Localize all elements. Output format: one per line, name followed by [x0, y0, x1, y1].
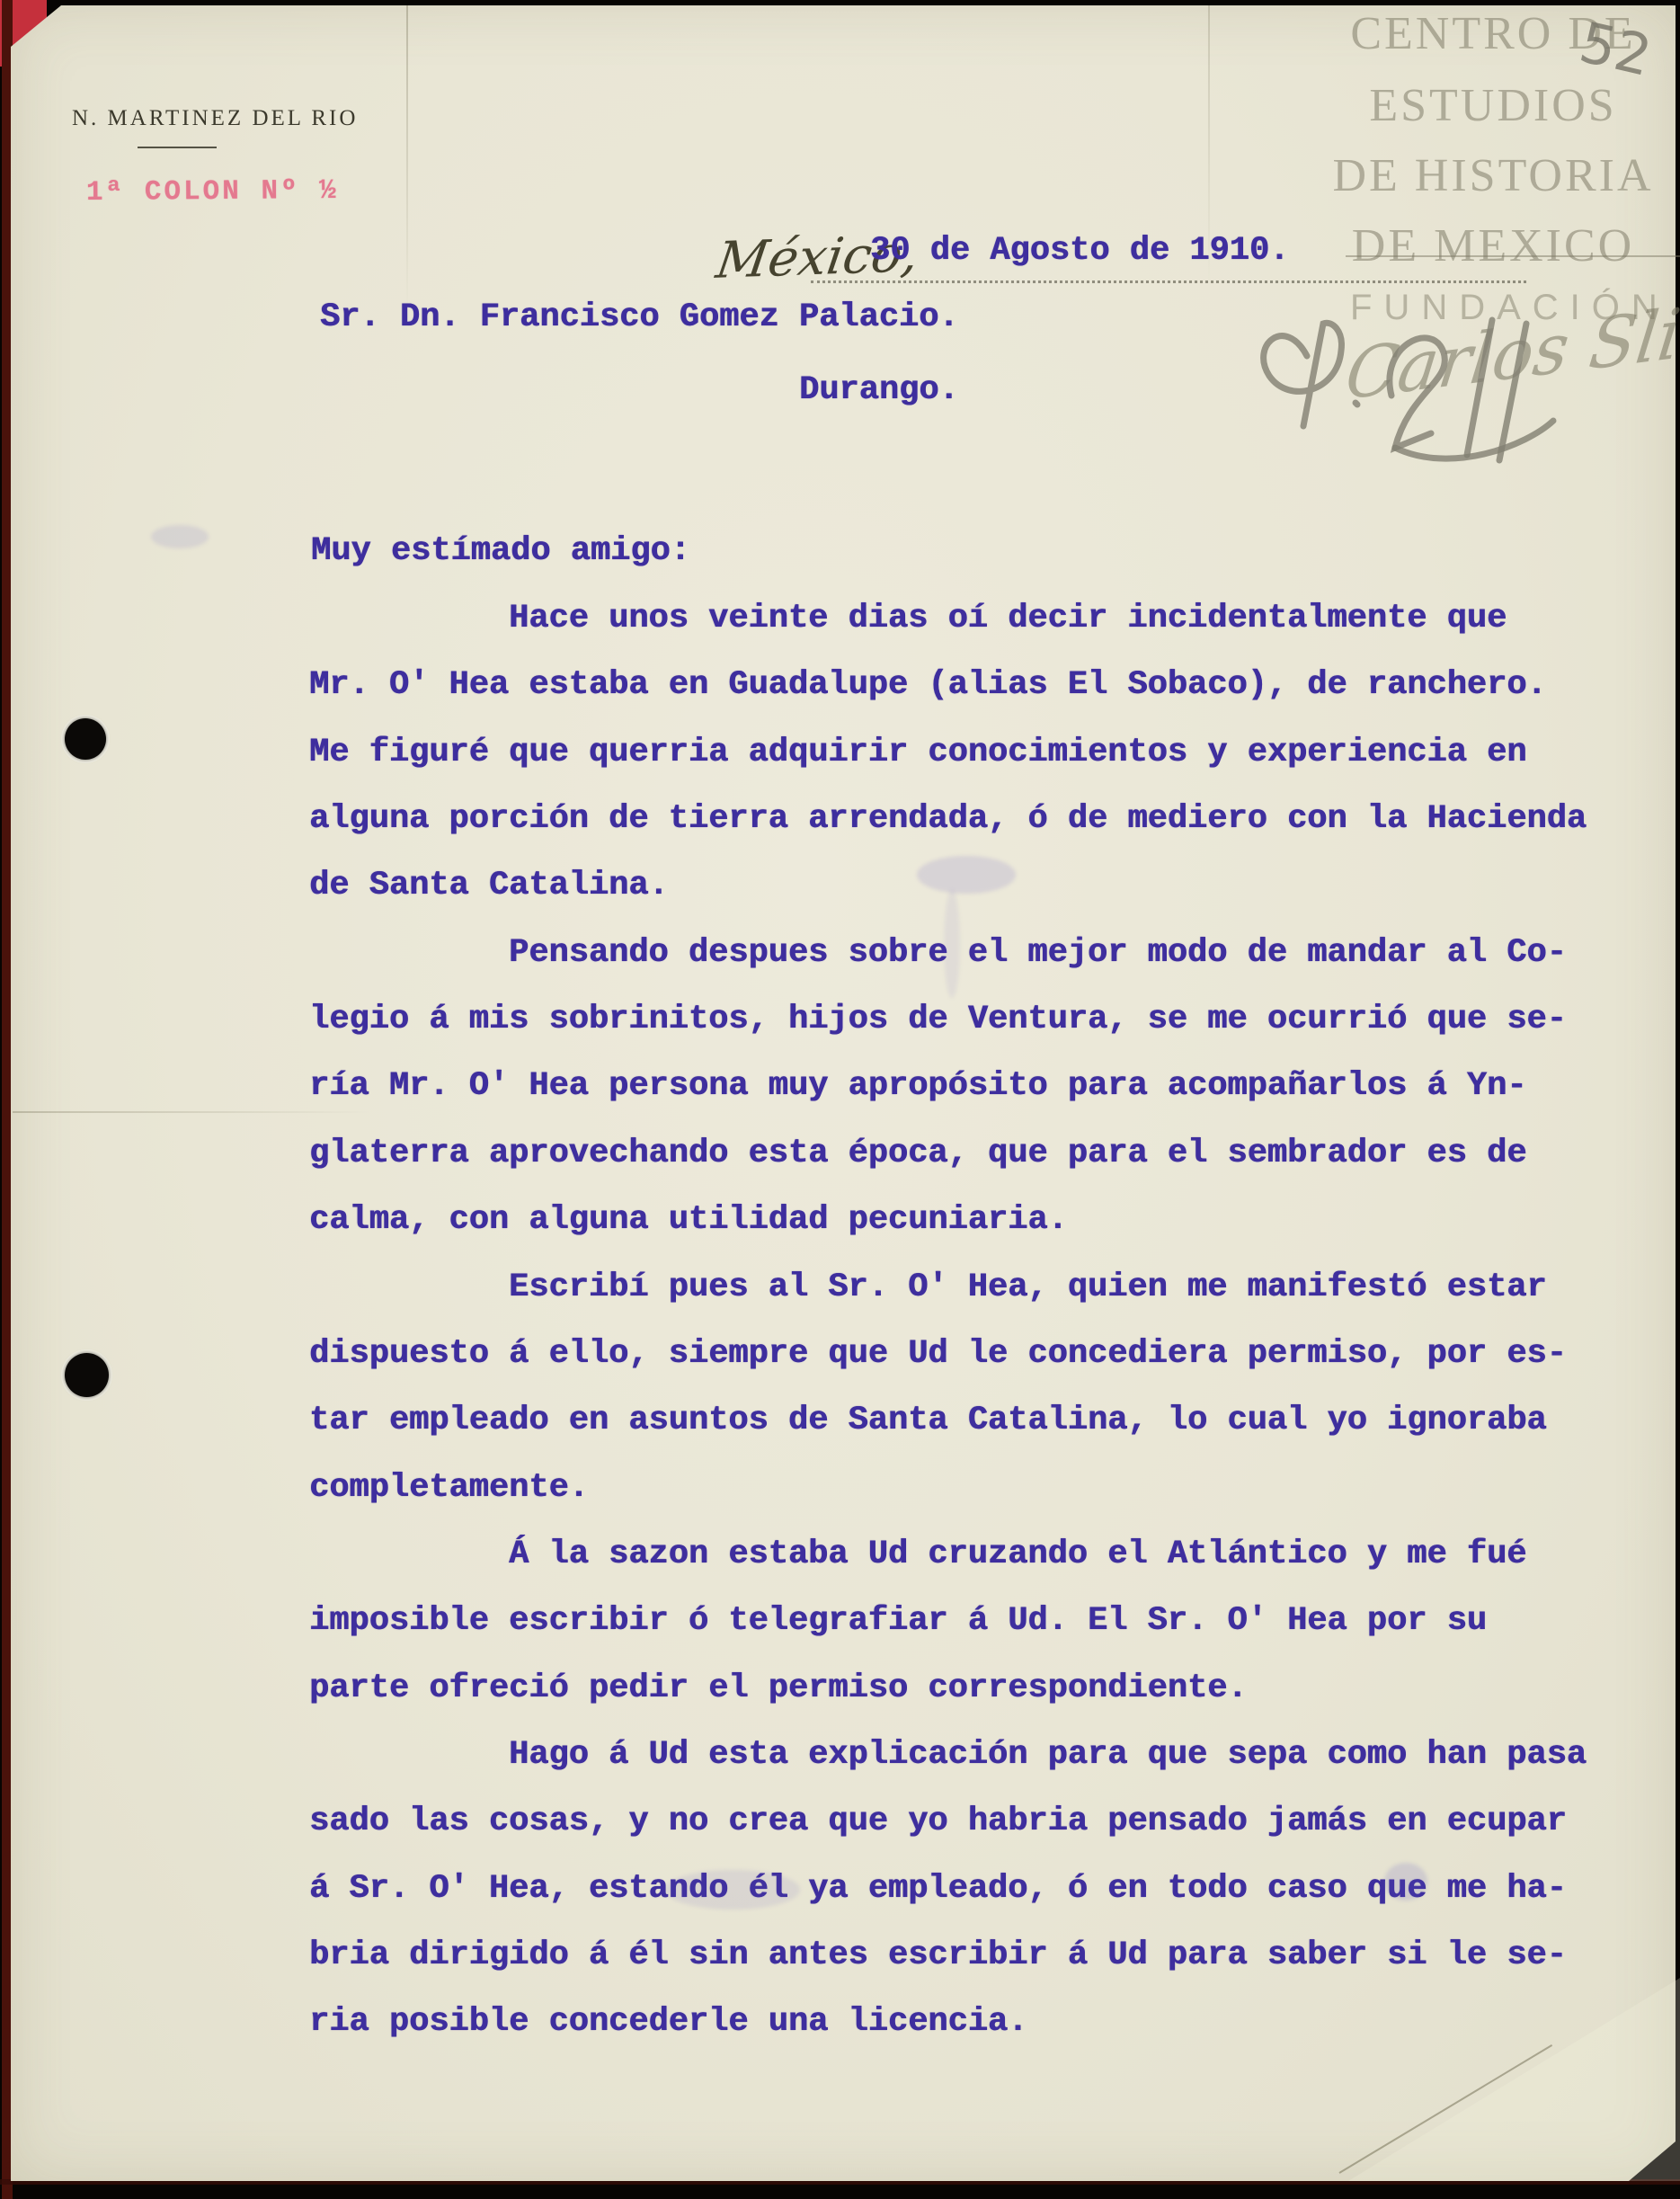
body-line-20: á Sr. O' Hea, estando él ya empleado, ó …	[309, 1868, 1567, 1910]
body-line-15: Á la sazon estaba Ud cruzando el Atlánti…	[309, 1534, 1526, 1575]
ink-smudge	[151, 525, 209, 548]
fold-crease-vertical-left	[406, 5, 408, 311]
body-line-19: sado las cosas, y no crea que yo habria …	[309, 1801, 1567, 1842]
recipient-name: Sr. Dn. Francisco Gomez Palacio.	[320, 298, 959, 336]
body-line-14: completamente.	[309, 1467, 589, 1509]
body-line-16: imposible escribir ó telegrafiar á Ud. E…	[309, 1600, 1487, 1642]
salutation: Muy estímado amigo:	[311, 532, 690, 570]
body-line-12: dispuesto á ello, siempre que Ud le conc…	[309, 1333, 1567, 1375]
letterhead-rule	[138, 147, 217, 148]
watermark-rule	[1346, 255, 1680, 257]
body-line-5: de Santa Catalina.	[309, 865, 669, 906]
hole-punch-bottom	[65, 1353, 109, 1397]
body-line-2: Mr. O' Hea estaba en Guadalupe (alias El…	[309, 664, 1547, 706]
body-line-9: glaterra aprovechando esta época, que pa…	[309, 1133, 1526, 1174]
body-line-13: tar empleado en asuntos de Santa Catalin…	[309, 1400, 1547, 1441]
pencil-scribble-icon	[1251, 268, 1575, 493]
ink-smudge	[665, 1870, 800, 1910]
body-line-4: alguna porción de tierra arrendada, ó de…	[309, 798, 1587, 840]
letterhead-name: N. MARTINEZ DEL RIO	[72, 106, 358, 131]
body-line-1: Hace unos veinte dias oí decir incidenta…	[309, 598, 1507, 639]
ink-smudge	[944, 890, 960, 998]
watermark-line: DE MEXICO	[1311, 219, 1676, 272]
body-line-6: Pensando despues sobre el mejor modo de …	[309, 932, 1567, 974]
body-line-22: ria posible concederle una licencia.	[309, 2001, 1027, 2043]
watermark-line: ESTUDIOS	[1311, 79, 1676, 132]
letterhead-address-stamp: 1ª COLON Nº ½	[86, 175, 339, 209]
body-line-17: parte ofreció pedir el permiso correspon…	[309, 1668, 1248, 1709]
recipient-city: Durango.	[799, 371, 959, 409]
body-line-3: Me figuré que querria adquirir conocimie…	[309, 732, 1526, 773]
scanned-letter-page: CENTRO DE ESTUDIOS DE HISTORIA DE MEXICO…	[0, 0, 1680, 2199]
hole-punch-top	[65, 718, 106, 760]
watermark-line: DE HISTORIA	[1311, 149, 1676, 202]
body-line-8: ría Mr. O' Hea persona muy apropósito pa…	[309, 1065, 1526, 1107]
ink-smudge	[917, 856, 1016, 894]
fold-crease-horizontal	[13, 1111, 372, 1113]
ink-smudge	[1384, 1863, 1427, 1901]
dateline-date: 30 de Agosto de 1910.	[870, 232, 1289, 270]
body-line-7: legio á mis sobrinitos, hijos de Ventura…	[309, 999, 1567, 1040]
body-line-21: bria dirigido á él sin antes escribir á …	[309, 1935, 1567, 1976]
body-line-10: calma, con alguna utilidad pecuniaria.	[309, 1199, 1068, 1241]
body-line-18: Hago á Ud esta explicación para que sepa…	[309, 1734, 1587, 1776]
body-line-11: Escribí pues al Sr. O' Hea, quien me man…	[309, 1267, 1547, 1308]
